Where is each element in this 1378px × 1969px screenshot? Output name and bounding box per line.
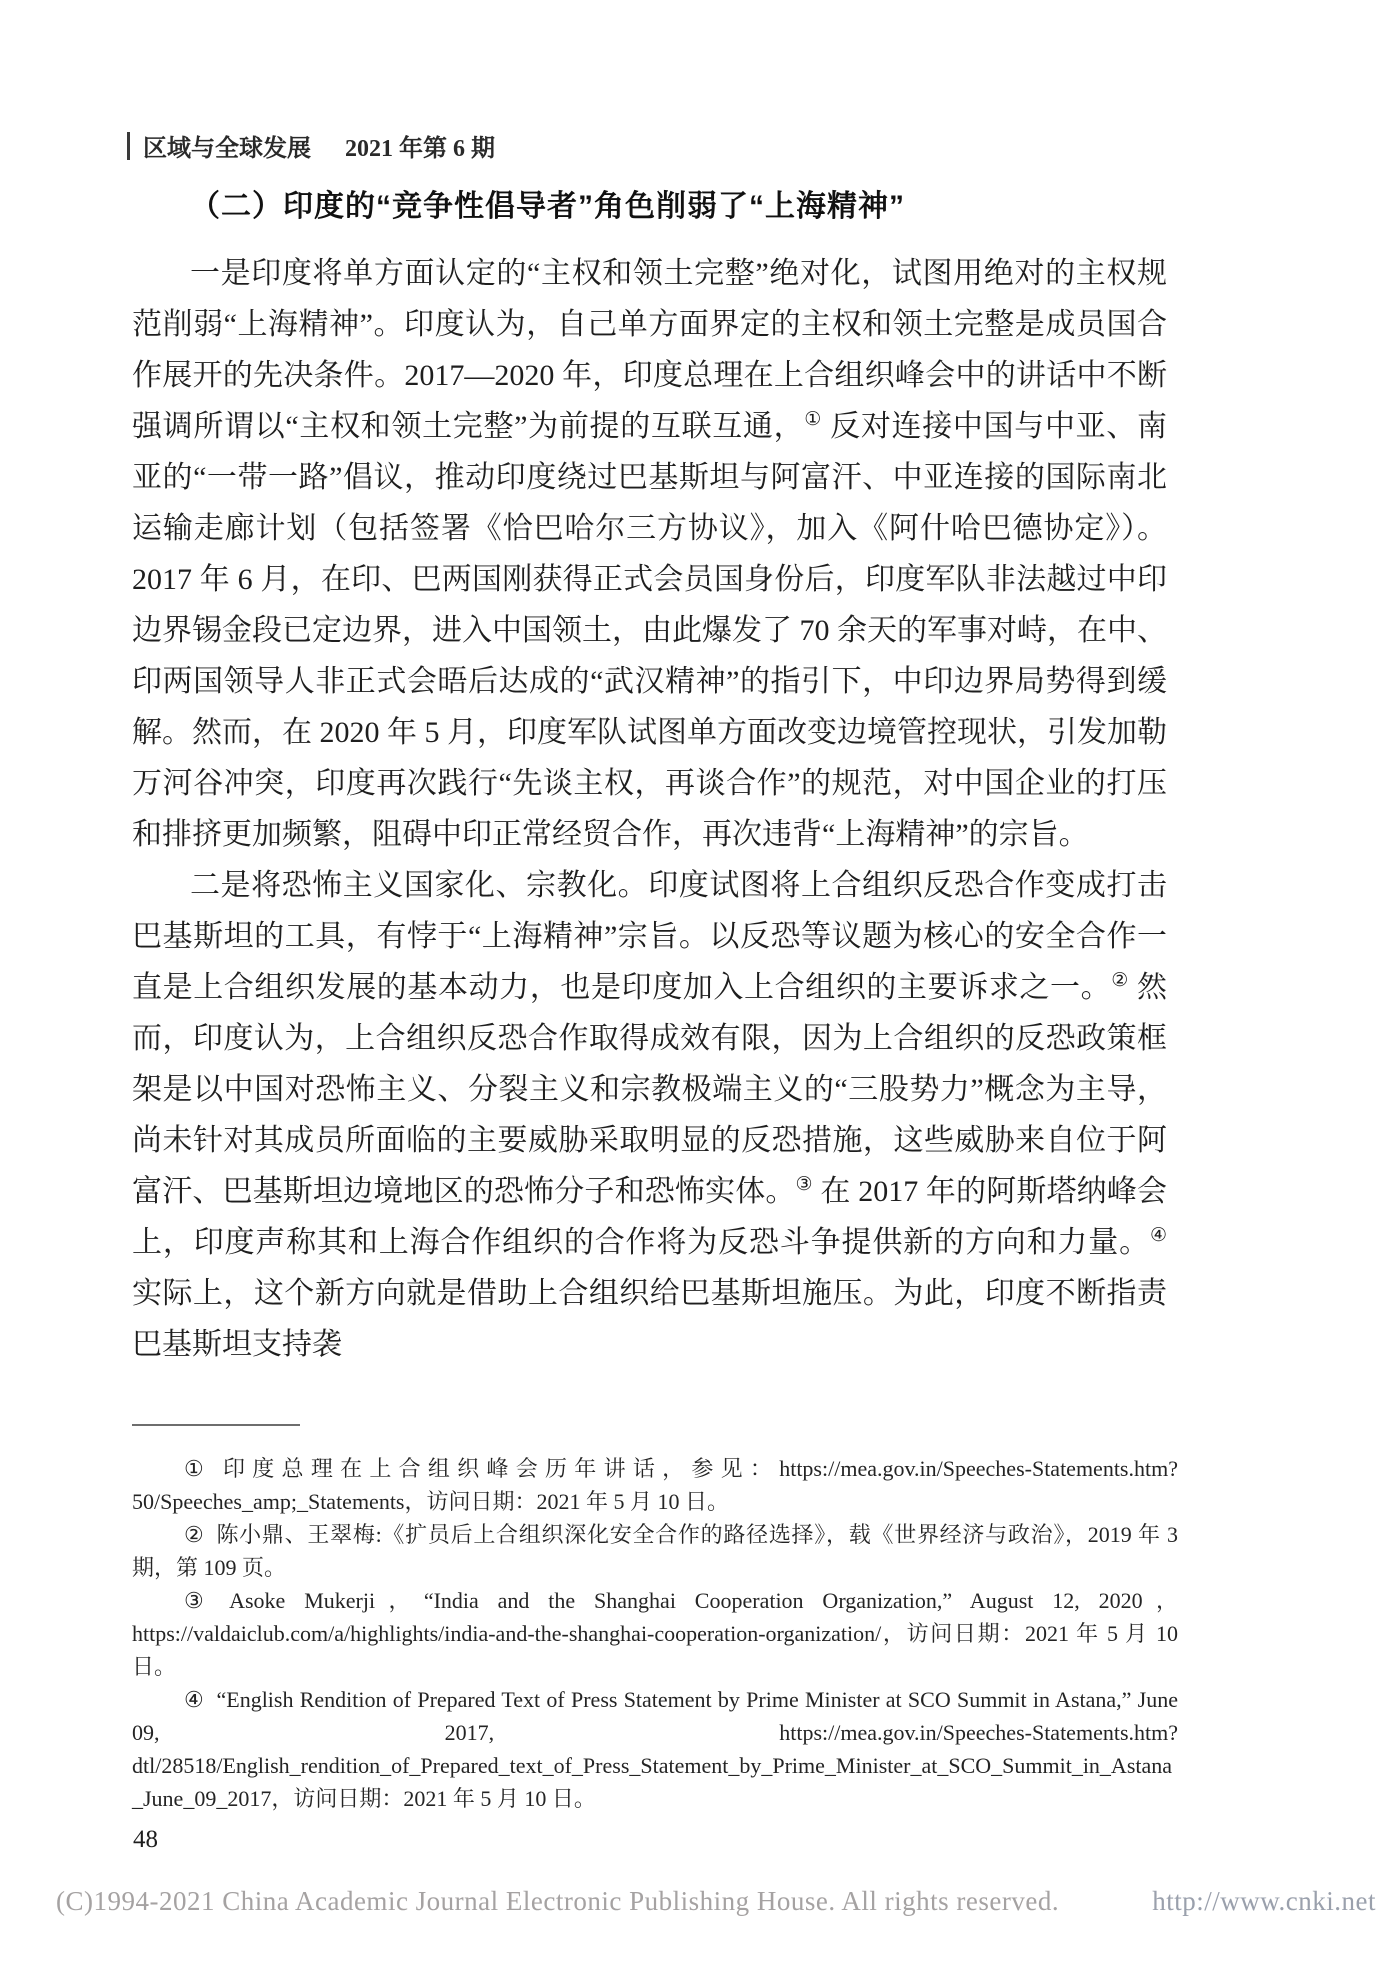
- document-page: 区域与全球发展 2021 年第 6 期 （二）印度的“竞争性倡导者”角色削弱了“…: [0, 0, 1378, 1969]
- footnote-1-marker: ①: [184, 1456, 211, 1481]
- footnote-1: ①印度总理在上合组织峰会历年讲话，参见：https://mea.gov.in/S…: [132, 1452, 1178, 1518]
- footnote-2: ②陈小鼎、王翠梅:《扩员后上合组织深化安全合作的路径选择》，载《世界经济与政治》…: [132, 1518, 1178, 1584]
- footnote-ref: ②: [1111, 970, 1129, 991]
- footnote-ref: ③: [796, 1174, 813, 1195]
- footnote-3-text: Asoke Mukerji，“India and the Shanghai Co…: [132, 1588, 1178, 1679]
- footnote-4-marker: ④: [184, 1687, 204, 1712]
- footnote-2-text: 陈小鼎、王翠梅:《扩员后上合组织深化安全合作的路径选择》，载《世界经济与政治》，…: [132, 1522, 1178, 1580]
- footnote-separator: [132, 1424, 300, 1426]
- journal-issue: 2021 年第 6 期: [345, 128, 495, 163]
- journal-header: 区域与全球发展 2021 年第 6 期: [127, 128, 495, 163]
- copyright-text: (C)1994-2021 China Academic Journal Elec…: [56, 1886, 1059, 1917]
- footnote-2-marker: ②: [184, 1522, 204, 1547]
- footnote-1-text: 印度总理在上合组织峰会历年讲话，参见：https://mea.gov.in/Sp…: [132, 1456, 1178, 1514]
- section-heading: （二）印度的“竞争性倡导者”角色削弱了“上海精神”: [132, 186, 1167, 228]
- footnote-4-text: “English Rendition of Prepared Text of P…: [132, 1687, 1178, 1811]
- footnote-3: ③Asoke Mukerji，“India and the Shanghai C…: [132, 1584, 1178, 1683]
- footnote-4: ④“English Rendition of Prepared Text of …: [132, 1683, 1178, 1815]
- footnote-ref: ①: [804, 409, 822, 430]
- footnotes-section: ①印度总理在上合组织峰会历年讲话，参见：https://mea.gov.in/S…: [132, 1424, 1178, 1815]
- footnote-ref: ④: [1150, 1225, 1167, 1246]
- footnote-3-marker: ③: [184, 1588, 217, 1613]
- copyright-footer: (C)1994-2021 China Academic Journal Elec…: [0, 1886, 1378, 1917]
- body-paragraph-2: 二是将恐怖主义国家化、宗教化。印度试图将上合组织反恐合作变成打击巴基斯坦的工具，…: [132, 860, 1167, 1370]
- main-text-column: （二）印度的“竞争性倡导者”角色削弱了“上海精神” 一是印度将单方面认定的“主权…: [132, 186, 1167, 1370]
- journal-title: 区域与全球发展: [143, 128, 311, 163]
- cnki-url: http://www.cnki.net: [1152, 1886, 1376, 1917]
- header-rule: [127, 132, 130, 160]
- page-number: 48: [133, 1826, 158, 1854]
- body-paragraph-1: 一是印度将单方面认定的“主权和领土完整”绝对化，试图用绝对的主权规范削弱“上海精…: [132, 248, 1167, 860]
